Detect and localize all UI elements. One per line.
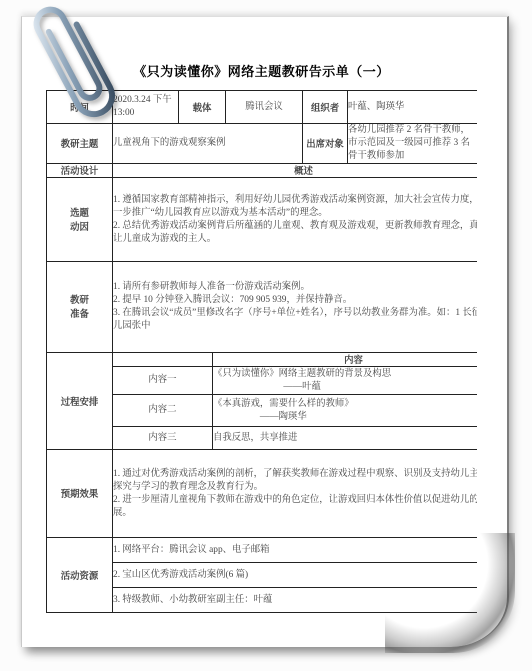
process-row-content: 《只为读懂你》网络主题教研的背景及构思 ——叶蕴 <box>213 367 478 395</box>
process-label: 过程安排 <box>47 353 113 450</box>
resources-item: 1. 网络平台：腾讯会议 app、电子邮箱 <box>113 538 478 563</box>
preparation-item: 1. 请所有参研教师每人准备一份游戏活动案例。 <box>113 281 477 294</box>
process-row-name: 内容一 <box>113 367 213 395</box>
table-row: 活动资源 1. 网络平台：腾讯会议 app、电子邮箱 <box>47 538 478 563</box>
process-item-presenter: ——陶瑛华 <box>213 411 354 424</box>
paper-sheet: 《只为读懂你》网络主题教研告示单（一） 时间 2020.3.24 下午 13:0… <box>21 16 509 647</box>
table-row: 教研主题 儿童视角下的游戏观察案例 出席对象 各幼儿园推荐 2 名骨干教师，市示… <box>47 124 478 164</box>
outcomes-item: 1. 通过对优秀游戏活动案例的剖析，了解获奖教师在游戏过程中观察、识别及支持幼儿… <box>113 468 477 494</box>
resources-item: 3. 特级教师、小幼教研室副主任：叶蕴 <box>113 588 478 613</box>
preparation-content: 1. 请所有参研教师每人准备一份游戏活动案例。 2. 提早 10 分钟登入腾讯会… <box>113 262 478 353</box>
process-item-title: 自我反思，共享推进 <box>213 432 297 445</box>
resources-label: 活动资源 <box>47 538 113 613</box>
overview-header: 概述 <box>113 164 478 178</box>
design-label: 活动设计 <box>47 164 113 178</box>
document-visible-area: 《只为读懂你》网络主题教研告示单（一） 时间 2020.3.24 下午 13:0… <box>46 61 477 613</box>
process-blank-cell <box>113 353 213 367</box>
process-row-content: 《本真游戏，需要什么样的教师》 ——陶瑛华 <box>213 395 478 427</box>
organizer-label: 组织者 <box>303 91 348 124</box>
medium-label: 载体 <box>179 91 226 124</box>
process-item-title: 《只为读懂你》网络主题教研的背景及构思 <box>213 368 391 381</box>
process-row-content: 自我反思，共享推进 <box>213 427 478 450</box>
motivation-label: 选题动因 <box>47 178 113 262</box>
medium-value: 腾讯会议 <box>226 91 303 124</box>
topic-label: 教研主题 <box>47 124 113 164</box>
table-row: 预期效果 1. 通过对优秀游戏活动案例的剖析，了解获奖教师在游戏过程中观察、识别… <box>47 450 478 538</box>
attendees-label: 出席对象 <box>303 124 348 164</box>
desk-background: 《只为读懂你》网络主题教研告示单（一） 时间 2020.3.24 下午 13:0… <box>0 0 532 671</box>
preparation-item: 2. 提早 10 分钟登入腾讯会议：709 905 939，并保持静音。 <box>113 294 477 307</box>
time-label: 时间 <box>47 91 113 124</box>
table-row: 活动设计 概述 <box>47 164 478 178</box>
outcomes-label: 预期效果 <box>47 450 113 538</box>
topic-value: 儿童视角下的游戏观察案例 <box>113 124 303 164</box>
table-row: 时间 2020.3.24 下午 13:00 载体 腾讯会议 组织者 叶蕴、陶瑛华 <box>47 91 478 124</box>
motivation-item: 2. 总结优秀游戏活动案例背后所蕴涵的儿童观、教育观及游戏观，更新教师教育理念，… <box>113 220 477 246</box>
process-item-title: 《本真游戏，需要什么样的教师》 <box>213 398 354 411</box>
attendees-value: 各幼儿园推荐 2 名骨干教师，市示范园及一级园可推荐 3 名骨干教师参加 <box>348 124 477 164</box>
motivation-item: 1. 遵循国家教育部精神指示，利用好幼儿园优秀游戏活动案例资源，加大社会宣传力度… <box>113 194 477 220</box>
table-row: 教研准备 1. 请所有参研教师每人准备一份游戏活动案例。 2. 提早 10 分钟… <box>47 262 478 353</box>
process-content-header: 内容 <box>213 353 478 367</box>
table-row: 过程安排 内容 <box>47 353 478 367</box>
organizer-value: 叶蕴、陶瑛华 <box>348 91 477 124</box>
outcomes-item: 2. 进一步厘清儿童视角下教师在游戏中的角色定位，让游戏回归本体性价值以促进幼儿… <box>113 494 477 520</box>
process-row-name: 内容三 <box>113 427 213 450</box>
time-value: 2020.3.24 下午 13:00 <box>113 91 179 124</box>
preparation-label: 教研准备 <box>47 262 113 353</box>
table-row: 选题动因 1. 遵循国家教育部精神指示，利用好幼儿园优秀游戏活动案例资源，加大社… <box>47 178 478 262</box>
page-title: 《只为读懂你》网络主题教研告示单（一） <box>46 61 477 80</box>
briefing-table: 时间 2020.3.24 下午 13:00 载体 腾讯会议 组织者 叶蕴、陶瑛华… <box>46 90 477 613</box>
outcomes-content: 1. 通过对优秀游戏活动案例的剖析，了解获奖教师在游戏过程中观察、识别及支持幼儿… <box>113 450 478 538</box>
process-item-presenter: ——叶蕴 <box>213 381 391 394</box>
process-row-name: 内容二 <box>113 395 213 427</box>
preparation-item: 3. 在腾讯会议“成员”里修改名字（序号+单位+姓名），序号以幼教业务群为准。如… <box>113 307 477 333</box>
resources-item: 2. 宝山区优秀游戏活动案例(6 篇) <box>113 563 478 588</box>
motivation-content: 1. 遵循国家教育部精神指示，利用好幼儿园优秀游戏活动案例资源，加大社会宣传力度… <box>113 178 478 262</box>
